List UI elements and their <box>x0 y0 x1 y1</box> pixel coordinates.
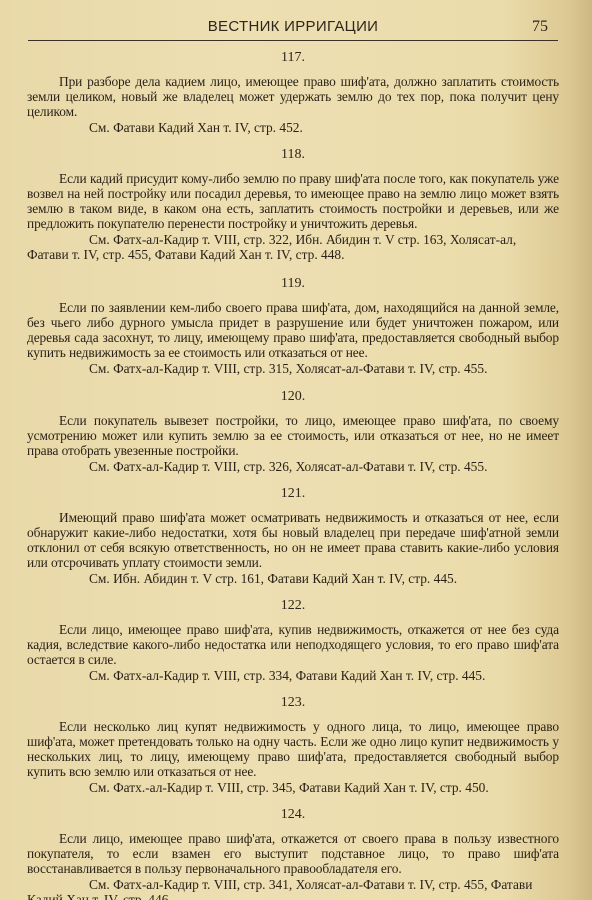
section-reference: См. Фатх-ал-Кадир т. VIII, стр. 341, Хол… <box>27 877 559 900</box>
section-121: 121. Имеющий право шиф'ата может осматри… <box>27 486 559 586</box>
section-number: 118. <box>27 147 559 163</box>
section-text: Если кадий присудит кому-либо землю по п… <box>27 171 559 231</box>
section-text: Если по заявлении кем-либо своего права … <box>27 300 559 360</box>
section-text: Если несколько лиц купят недвижимость у … <box>27 719 559 779</box>
section-reference: См. Фатх-ал-Кадир т. VIII, стр. 315, Хол… <box>27 361 559 376</box>
section-text: Если лицо, имеющее право шиф'ата, откаже… <box>27 831 559 876</box>
section-number: 120. <box>27 389 559 405</box>
article-body: 117. При разборе дела кадием лицо, имеющ… <box>27 50 559 900</box>
section-reference: См. Фатх-ал-Кадир т. VIII, стр. 334, Фат… <box>27 668 559 683</box>
section-number: 121. <box>27 486 559 502</box>
section-120: 120. Если покупатель вывезет постройки, … <box>27 389 559 474</box>
section-text: Если покупатель вывезет постройки, то ли… <box>27 413 559 458</box>
section-text: Если лицо, имеющее право шиф'ата, купив … <box>27 622 559 667</box>
section-number: 123. <box>27 695 559 711</box>
section-number: 117. <box>27 50 559 66</box>
section-119: 119. Если по заявлении кем-либо своего п… <box>27 276 559 376</box>
section-text: При разборе дела кадием лицо, имеющее пр… <box>27 74 559 119</box>
section-reference: См. Ибн. Абидин т. V стр. 161, Фатави Ка… <box>27 571 559 586</box>
section-reference: См. Фатх-ал-Кадир т. VIII, стр. 326, Хол… <box>27 459 559 474</box>
section-118: 118. Если кадий присудит кому-либо землю… <box>27 147 559 262</box>
section-number: 119. <box>27 276 559 292</box>
section-123: 123. Если несколько лиц купят недвижимос… <box>27 695 559 795</box>
running-header: ВЕСТНИК ИРРИГАЦИИ 75 <box>28 14 558 41</box>
section-text: Имеющий право шиф'ата может осматривать … <box>27 510 559 570</box>
section-122: 122. Если лицо, имеющее право шиф'ата, к… <box>27 598 559 683</box>
journal-title: ВЕСТНИК ИРРИГАЦИИ <box>28 18 558 35</box>
section-reference: См. Фатави Кадий Хан т. IV, стр. 452. <box>27 120 559 135</box>
section-number: 122. <box>27 598 559 614</box>
section-reference: См. Фатх-ал-Кадир т. VIII, стр. 322, Ибн… <box>27 232 559 262</box>
document-page: ВЕСТНИК ИРРИГАЦИИ 75 117. При разборе де… <box>0 0 592 900</box>
section-number: 124. <box>27 807 559 823</box>
section-117: 117. При разборе дела кадием лицо, имеющ… <box>27 50 559 135</box>
section-124: 124. Если лицо, имеющее право шиф'ата, о… <box>27 807 559 900</box>
section-reference: См. Фатх.-ал-Кадир т. VIII, стр. 345, Фа… <box>27 780 559 795</box>
page-number: 75 <box>532 18 548 36</box>
